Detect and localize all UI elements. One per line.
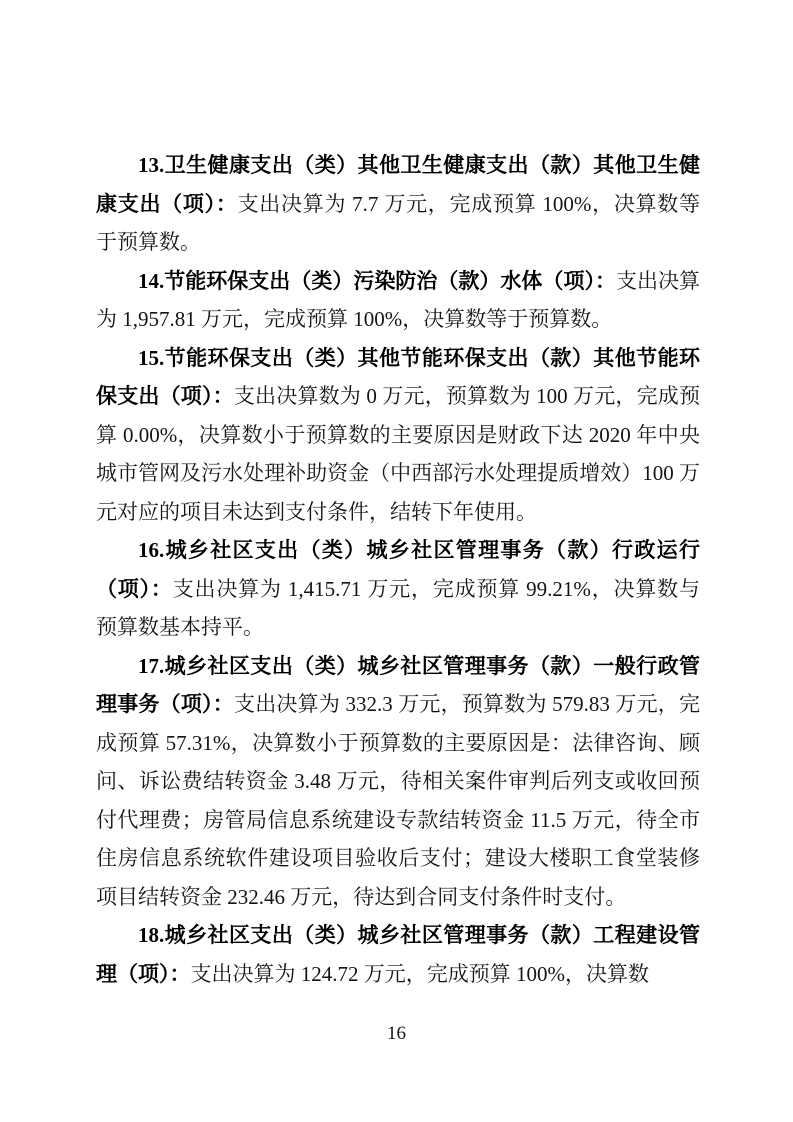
paragraph-18: 18.城乡社区支出（类）城乡社区管理事务（款）工程建设管理（项）：支出决算为 1… (96, 916, 700, 993)
paragraph-17: 17.城乡社区支出（类）城乡社区管理事务（款）一般行政管理事务（项）：支出决算为… (96, 647, 700, 917)
paragraph-18-body: 支出决算为 124.72 万元，完成预算 100%，决算数 (191, 962, 650, 986)
paragraph-14-heading: 14.节能环保支出（类）污染防治（款）水体（项）： (138, 269, 616, 293)
document-page: 13.卫生健康支出（类）其他卫生健康支出（款）其他卫生健康支出（项）：支出决算为… (0, 0, 793, 1122)
paragraph-17-body: 支出决算为 332.3 万元，预算数为 579.83 万元，完成预算 57.31… (96, 692, 700, 909)
paragraph-14: 14.节能环保支出（类）污染防治（款）水体（项）：支出决算为 1,957.81 … (96, 262, 700, 339)
page-content: 13.卫生健康支出（类）其他卫生健康支出（款）其他卫生健康支出（项）：支出决算为… (96, 146, 700, 993)
paragraph-15: 15.节能环保支出（类）其他节能环保支出（款）其他节能环保支出（项）：支出决算数… (96, 339, 700, 532)
paragraph-16-body: 支出决算为 1,415.71 万元，完成预算 99.21%，决算数与预算数基本持… (96, 577, 700, 640)
page-number: 16 (0, 1022, 793, 1046)
paragraph-13: 13.卫生健康支出（类）其他卫生健康支出（款）其他卫生健康支出（项）：支出决算为… (96, 146, 700, 262)
paragraph-16: 16.城乡社区支出（类）城乡社区管理事务（款）行政运行（项）：支出决算为 1,4… (96, 531, 700, 647)
